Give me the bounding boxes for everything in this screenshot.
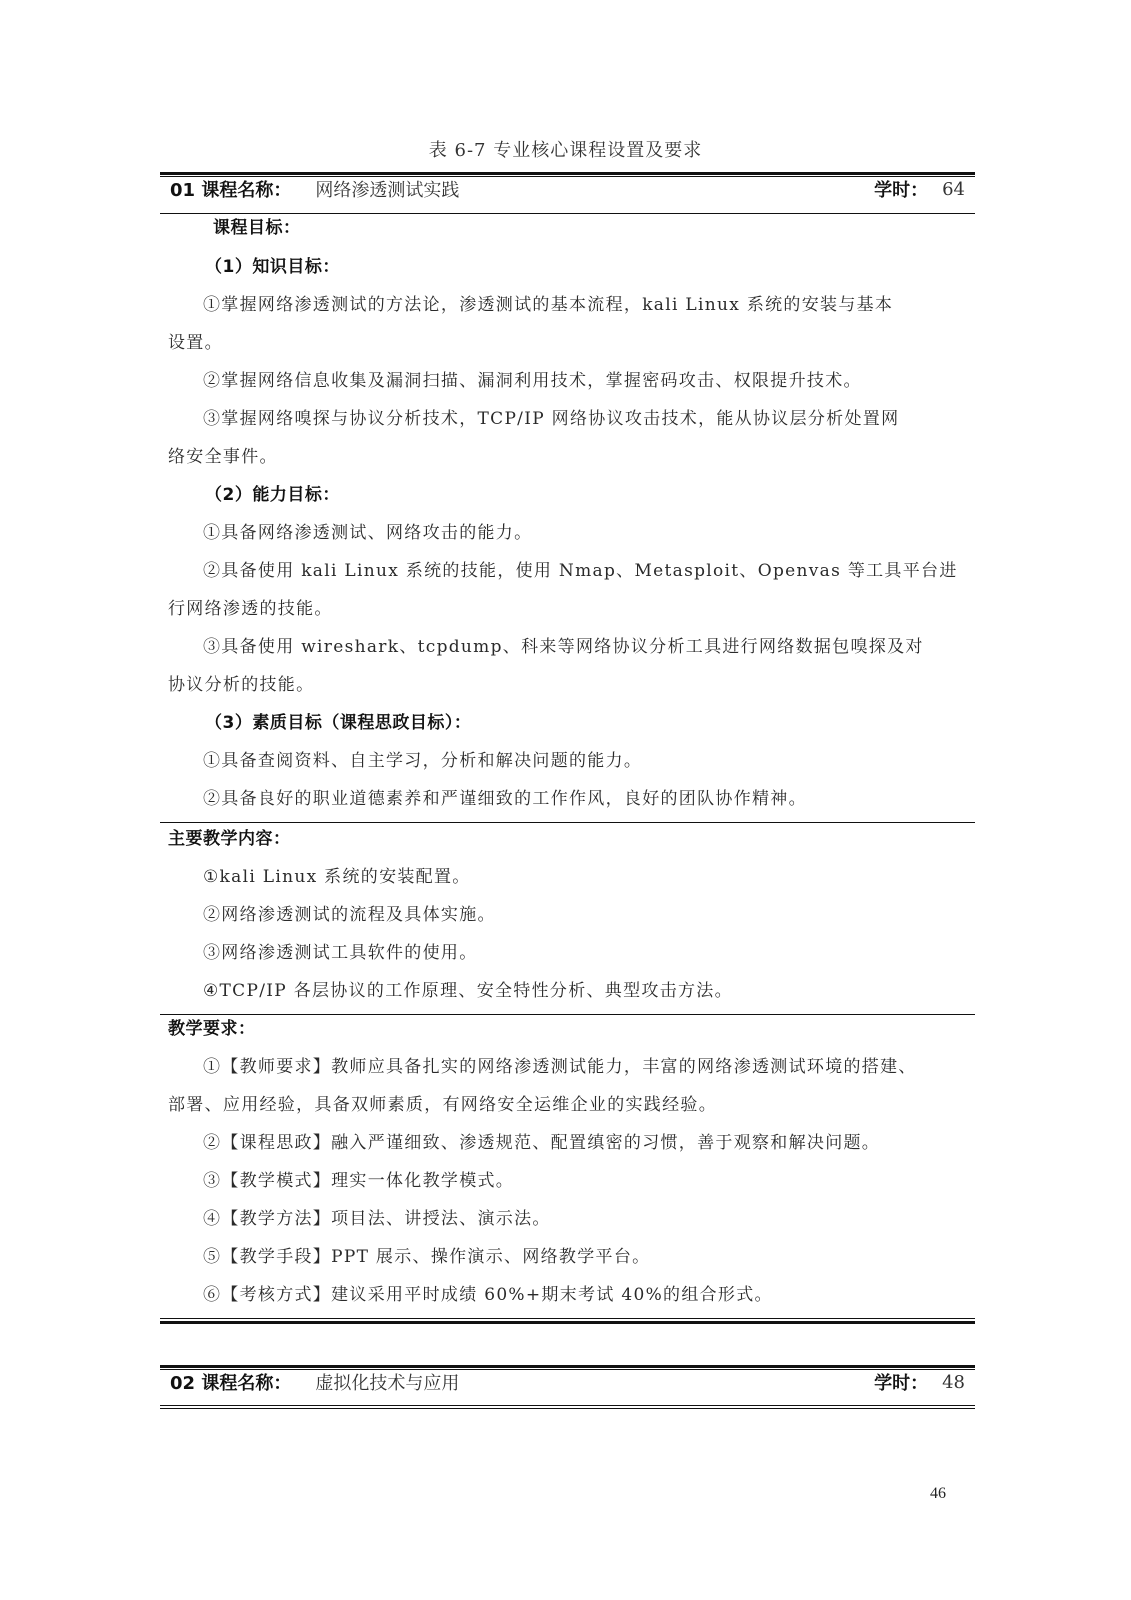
requirement-line: ④【教学方法】项目法、讲授法、演示法。	[203, 1208, 551, 1230]
course-name-label: 01 课程名称：	[170, 176, 291, 202]
requirement-line: ②【课程思政】融入严谨细致、渗透规范、配置缜密的习惯，善于观察和解决问题。	[203, 1132, 880, 1154]
header-bottom-rule	[160, 213, 975, 214]
knowledge-heading: （1）知识目标：	[205, 256, 340, 278]
quality-line: ①具备查阅资料、自主学习，分析和解决问题的能力。	[203, 750, 642, 772]
course-hours-value: 64	[942, 179, 965, 200]
requirement-line: ⑥【考核方式】建议采用平时成绩 60%+期末考试 40%的组合形式。	[203, 1284, 773, 1306]
quality-line: ②具备良好的职业道德素养和严谨细致的工作作风，良好的团队协作精神。	[203, 788, 807, 810]
content-heading: 主要教学内容：	[168, 828, 291, 850]
ability-line: ①具备网络渗透测试、网络攻击的能力。	[203, 522, 532, 544]
ability-line: 协议分析的技能。	[168, 674, 314, 696]
table-bottom-rule	[160, 1321, 975, 1324]
content-line: ①kali Linux 系统的安装配置。	[203, 866, 471, 888]
content-line: ④TCP/IP 各层协议的工作原理、安全特性分析、典型攻击方法。	[203, 980, 733, 1002]
section-divider	[160, 1014, 975, 1015]
section-divider	[160, 822, 975, 823]
course-hours-value: 48	[942, 1372, 965, 1393]
course-hours-label: 学时：	[874, 176, 928, 202]
ability-heading: （2）能力目标：	[205, 484, 340, 506]
content-line: ③网络渗透测试工具软件的使用。	[203, 942, 478, 964]
course-name: 虚拟化技术与应用	[315, 1369, 459, 1395]
ability-line: ③具备使用 wireshark、tcpdump、科来等网络协议分析工具进行网络数…	[203, 636, 924, 658]
course-01-header: 01 课程名称： 网络渗透测试实践 学时： 64	[170, 175, 965, 203]
course-hours: 学时： 48	[874, 1369, 965, 1395]
requirement-line: 部署、应用经验，具备双师素质，有网络安全运维企业的实践经验。	[168, 1094, 717, 1116]
requirements-heading: 教学要求：	[168, 1018, 256, 1040]
knowledge-line: ①掌握网络渗透测试的方法论，渗透测试的基本流程，kali Linux 系统的安装…	[203, 294, 893, 316]
course-02-header: 02 课程名称： 虚拟化技术与应用 学时： 48	[170, 1368, 965, 1396]
content-line: ②网络渗透测试的流程及具体实施。	[203, 904, 496, 926]
requirement-line: ①【教师要求】教师应具备扎实的网络渗透测试能力，丰富的网络渗透测试环境的搭建、	[203, 1056, 917, 1078]
header-bottom-rule-2	[160, 1408, 975, 1409]
ability-line: 行网络渗透的技能。	[168, 598, 333, 620]
knowledge-line: 设置。	[168, 332, 223, 354]
course-hours-label: 学时：	[874, 1369, 928, 1395]
knowledge-line: ②掌握网络信息收集及漏洞扫描、漏洞利用技术，掌握密码攻击、权限提升技术。	[203, 370, 862, 392]
course-name: 网络渗透测试实践	[315, 176, 459, 202]
table-caption: 表 6-7 专业核心课程设置及要求	[0, 136, 1131, 162]
table-bottom-rule-thin	[160, 1318, 975, 1319]
course-name-label: 02 课程名称：	[170, 1369, 291, 1395]
ability-line: ②具备使用 kali Linux 系统的技能，使用 Nmap、Metasploi…	[203, 560, 958, 582]
knowledge-line: 络安全事件。	[168, 446, 278, 468]
knowledge-line: ③掌握网络嗅探与协议分析技术，TCP/IP 网络协议攻击技术，能从协议层分析处置…	[203, 408, 899, 430]
header-bottom-rule	[160, 1405, 975, 1406]
quality-heading: （3）素质目标（课程思政目标）：	[205, 712, 471, 734]
requirement-line: ③【教学模式】理实一体化教学模式。	[203, 1170, 514, 1192]
requirement-line: ⑤【教学手段】PPT 展示、操作演示、网络教学平台。	[203, 1246, 650, 1268]
objectives-heading: 课程目标：	[213, 217, 301, 239]
page-number: 46	[930, 1485, 946, 1503]
course-hours: 学时： 64	[874, 176, 965, 202]
